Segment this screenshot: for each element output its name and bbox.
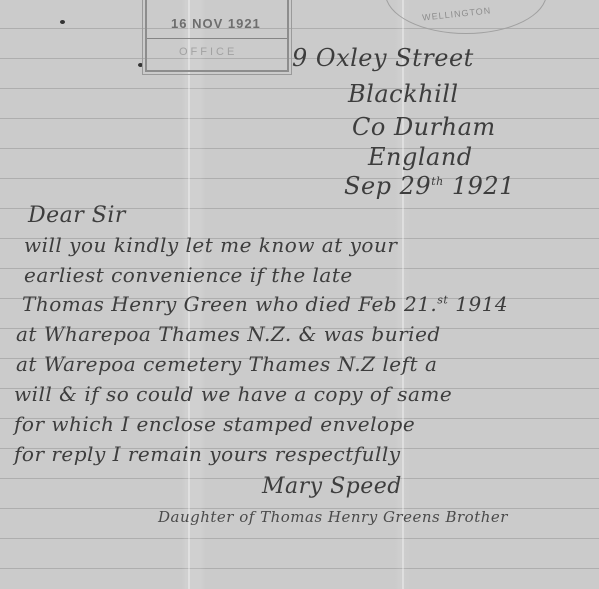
body-line-5: at Warepoa cemetery Thames N.Z left a — [16, 352, 437, 376]
body-line-1: will you kindly let me know at your — [24, 233, 397, 257]
stamp-label: OFFICE — [179, 46, 237, 58]
body-line-3-text: Thomas Henry Green who died Feb 21. — [22, 292, 437, 316]
address-line-3: Co Durham — [352, 113, 496, 141]
body-line-3-sup: st — [437, 293, 448, 306]
stamp-date: 16 NOV 1921 — [171, 16, 261, 31]
address-line-2: Blackhill — [348, 80, 459, 108]
date-suffix: th — [431, 175, 444, 188]
ink-spot — [60, 20, 65, 24]
signature: Mary Speed — [262, 474, 402, 499]
body-line-7: for which I enclose stamped envelope — [14, 412, 415, 436]
body-line-4: at Wharepoa Thames N.Z. & was buried — [16, 322, 441, 346]
body-line-3-year: 1914 — [455, 292, 508, 316]
address-line-1: 9 Oxley Street — [292, 44, 474, 72]
signature-note: Daughter of Thomas Henry Greens Brother — [158, 508, 508, 526]
body-line-3: Thomas Henry Green who died Feb 21.st 19… — [22, 292, 508, 316]
address-line-4: England — [368, 143, 473, 171]
salutation: Dear Sir — [28, 203, 126, 228]
body-line-6: will & if so could we have a copy of sam… — [14, 382, 452, 406]
ink-spot — [138, 63, 143, 67]
oval-stamp-text: WELLINGTON — [422, 5, 492, 22]
body-line-2: earliest convenience if the late — [24, 263, 353, 287]
received-date-stamp: 16 NOV 1921 OFFICE — [145, 0, 289, 72]
date-year: 1921 — [452, 172, 515, 200]
stamp-divider — [147, 38, 287, 39]
body-line-8: for reply I remain yours respectfully — [14, 442, 401, 466]
letter-date: Sep 29th 1921 — [344, 172, 515, 200]
date-day: Sep 29 — [344, 172, 431, 200]
